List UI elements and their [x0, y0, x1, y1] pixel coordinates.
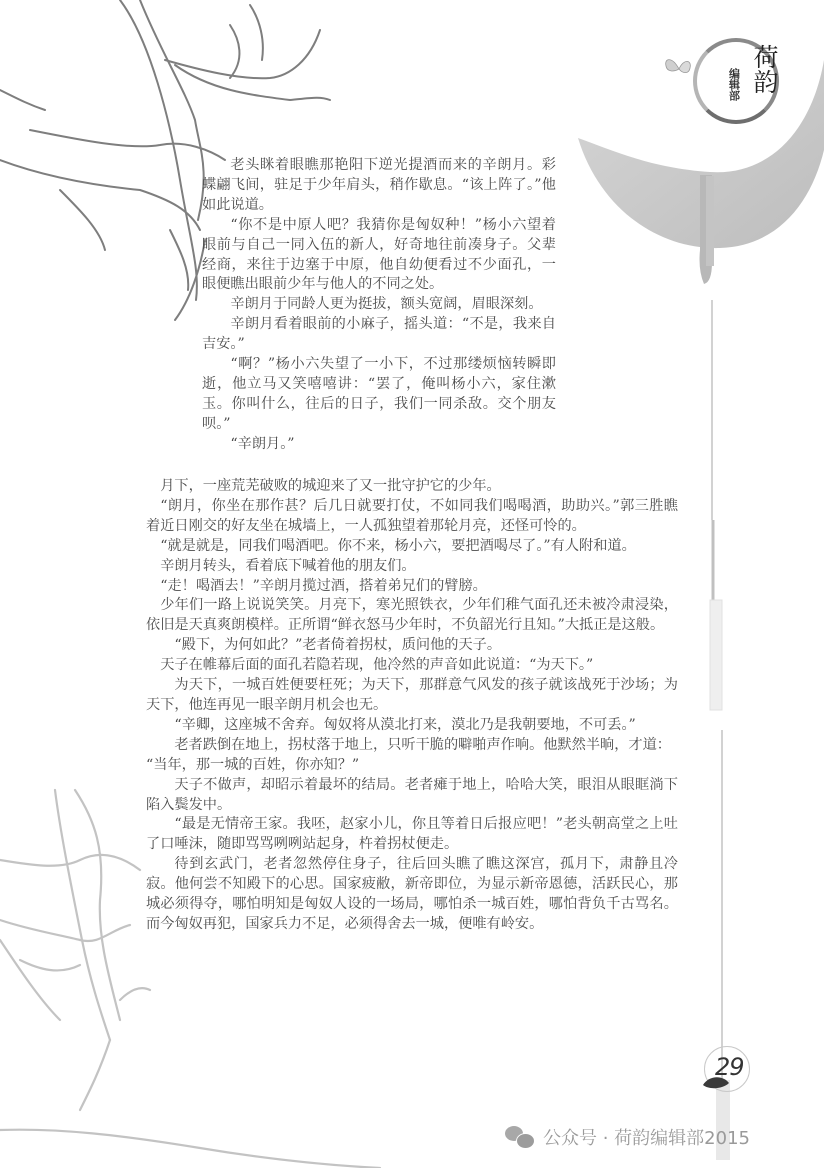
- story-section-2: 月下，一座荒芜破败的城迎来了又一批守护它的少年。 “朗月，你坐在那作甚？后几日就…: [146, 477, 678, 935]
- paragraph: 辛朗月转头，看着底下喊着他的朋友们。: [146, 557, 678, 577]
- footer-text: 公众号 · 荷韵编辑部2015: [543, 1124, 750, 1150]
- paragraph: 少年们一路上说说笑笑。月亮下，寒光照铁衣，少年们稚气面孔还未被冷肃浸染，依旧是天…: [146, 596, 678, 636]
- paragraph: “当年，那一城的百姓，你亦知？”: [146, 756, 678, 776]
- paragraph: “辛卿，这座城不舍弃。匈奴将从漠北打来，漠北乃是我朝要地，不可丢。”: [146, 716, 678, 736]
- page-number: 29: [715, 1053, 744, 1081]
- pillar-illustration: [710, 300, 730, 1160]
- paragraph: “走！喝酒去！”辛朗月揽过酒，搭着弟兄们的臂膀。: [146, 577, 678, 597]
- logo-title: 荷韵: [752, 44, 777, 94]
- paragraph: “辛朗月。”: [202, 435, 556, 455]
- wechat-icon: [505, 1126, 535, 1148]
- page-number-badge: 29: [704, 1046, 750, 1092]
- paragraph: “最是无情帝王家。我呸，赵家小儿，你且等着日后报应吧！”老头朝高堂之上吐了口唾沫…: [146, 815, 678, 855]
- paragraph: “啊？”杨小六失望了一小下，不过那缕烦恼转瞬即逝，他立马又笑嘻嘻讲：“罢了，俺叫…: [202, 355, 556, 435]
- paragraph: 为天下，一城百姓便要枉死；为天下，那群意气风发的孩子就该战死于沙场；为天下，他连…: [146, 676, 678, 716]
- logo-subtitle: 编辑部: [728, 68, 740, 101]
- paragraph: 月下，一座荒芜破败的城迎来了又一批守护它的少年。: [146, 477, 678, 497]
- paragraph: 天子不做声，却昭示着最坏的结局。老者瘫于地上，哈哈大笑，眼泪从眼眶淌下陷入鬓发中…: [146, 776, 678, 816]
- paragraph: 待到玄武门，老者忽然停住身子，往后回头瞧了瞧这深宫，孤月下，肃静且冷寂。他何尝不…: [146, 855, 678, 935]
- footer-watermark: 公众号 · 荷韵编辑部2015: [505, 1124, 750, 1150]
- paragraph: 老者跌倒在地上，拐杖落于地上，只听干脆的噼啪声作响。他默然半晌，才道：: [146, 736, 678, 756]
- butterfly-icon: [662, 52, 696, 86]
- paragraph: 辛朗月看着眼前的小麻子，摇头道：“不是，我来自吉安。”: [202, 315, 556, 355]
- paragraph: 天子在帷幕后面的面孔若隐若现，他冷然的声音如此说道：“为天下。”: [146, 656, 678, 676]
- paragraph: “殿下，为何如此？”老者倚着拐杖，质问他的天子。: [146, 636, 678, 656]
- paragraph: “你不是中原人吧？我猜你是匈奴种！”杨小六望着眼前与自己一同入伍的新人，好奇地往…: [202, 216, 556, 296]
- story-section-1: 老头眯着眼瞧那艳阳下逆光提酒而来的辛朗月。彩蝶翩飞间，驻足于少年肩头，稍作歇息。…: [202, 156, 556, 455]
- paragraph: “朗月，你坐在那作甚？后几日就要打仗，不如同我们喝喝酒，助助兴。”郭三胜瞧着近日…: [146, 497, 678, 537]
- paragraph: 老头眯着眼瞧那艳阳下逆光提酒而来的辛朗月。彩蝶翩飞间，驻足于少年肩头，稍作歇息。…: [202, 156, 556, 216]
- paragraph: 辛朗月于同龄人更为挺拔，额头宽阔，眉眼深刻。: [202, 295, 556, 315]
- paragraph: “就是就是，同我们喝酒吧。你不来，杨小六，要把酒喝尽了。”有人附和道。: [146, 537, 678, 557]
